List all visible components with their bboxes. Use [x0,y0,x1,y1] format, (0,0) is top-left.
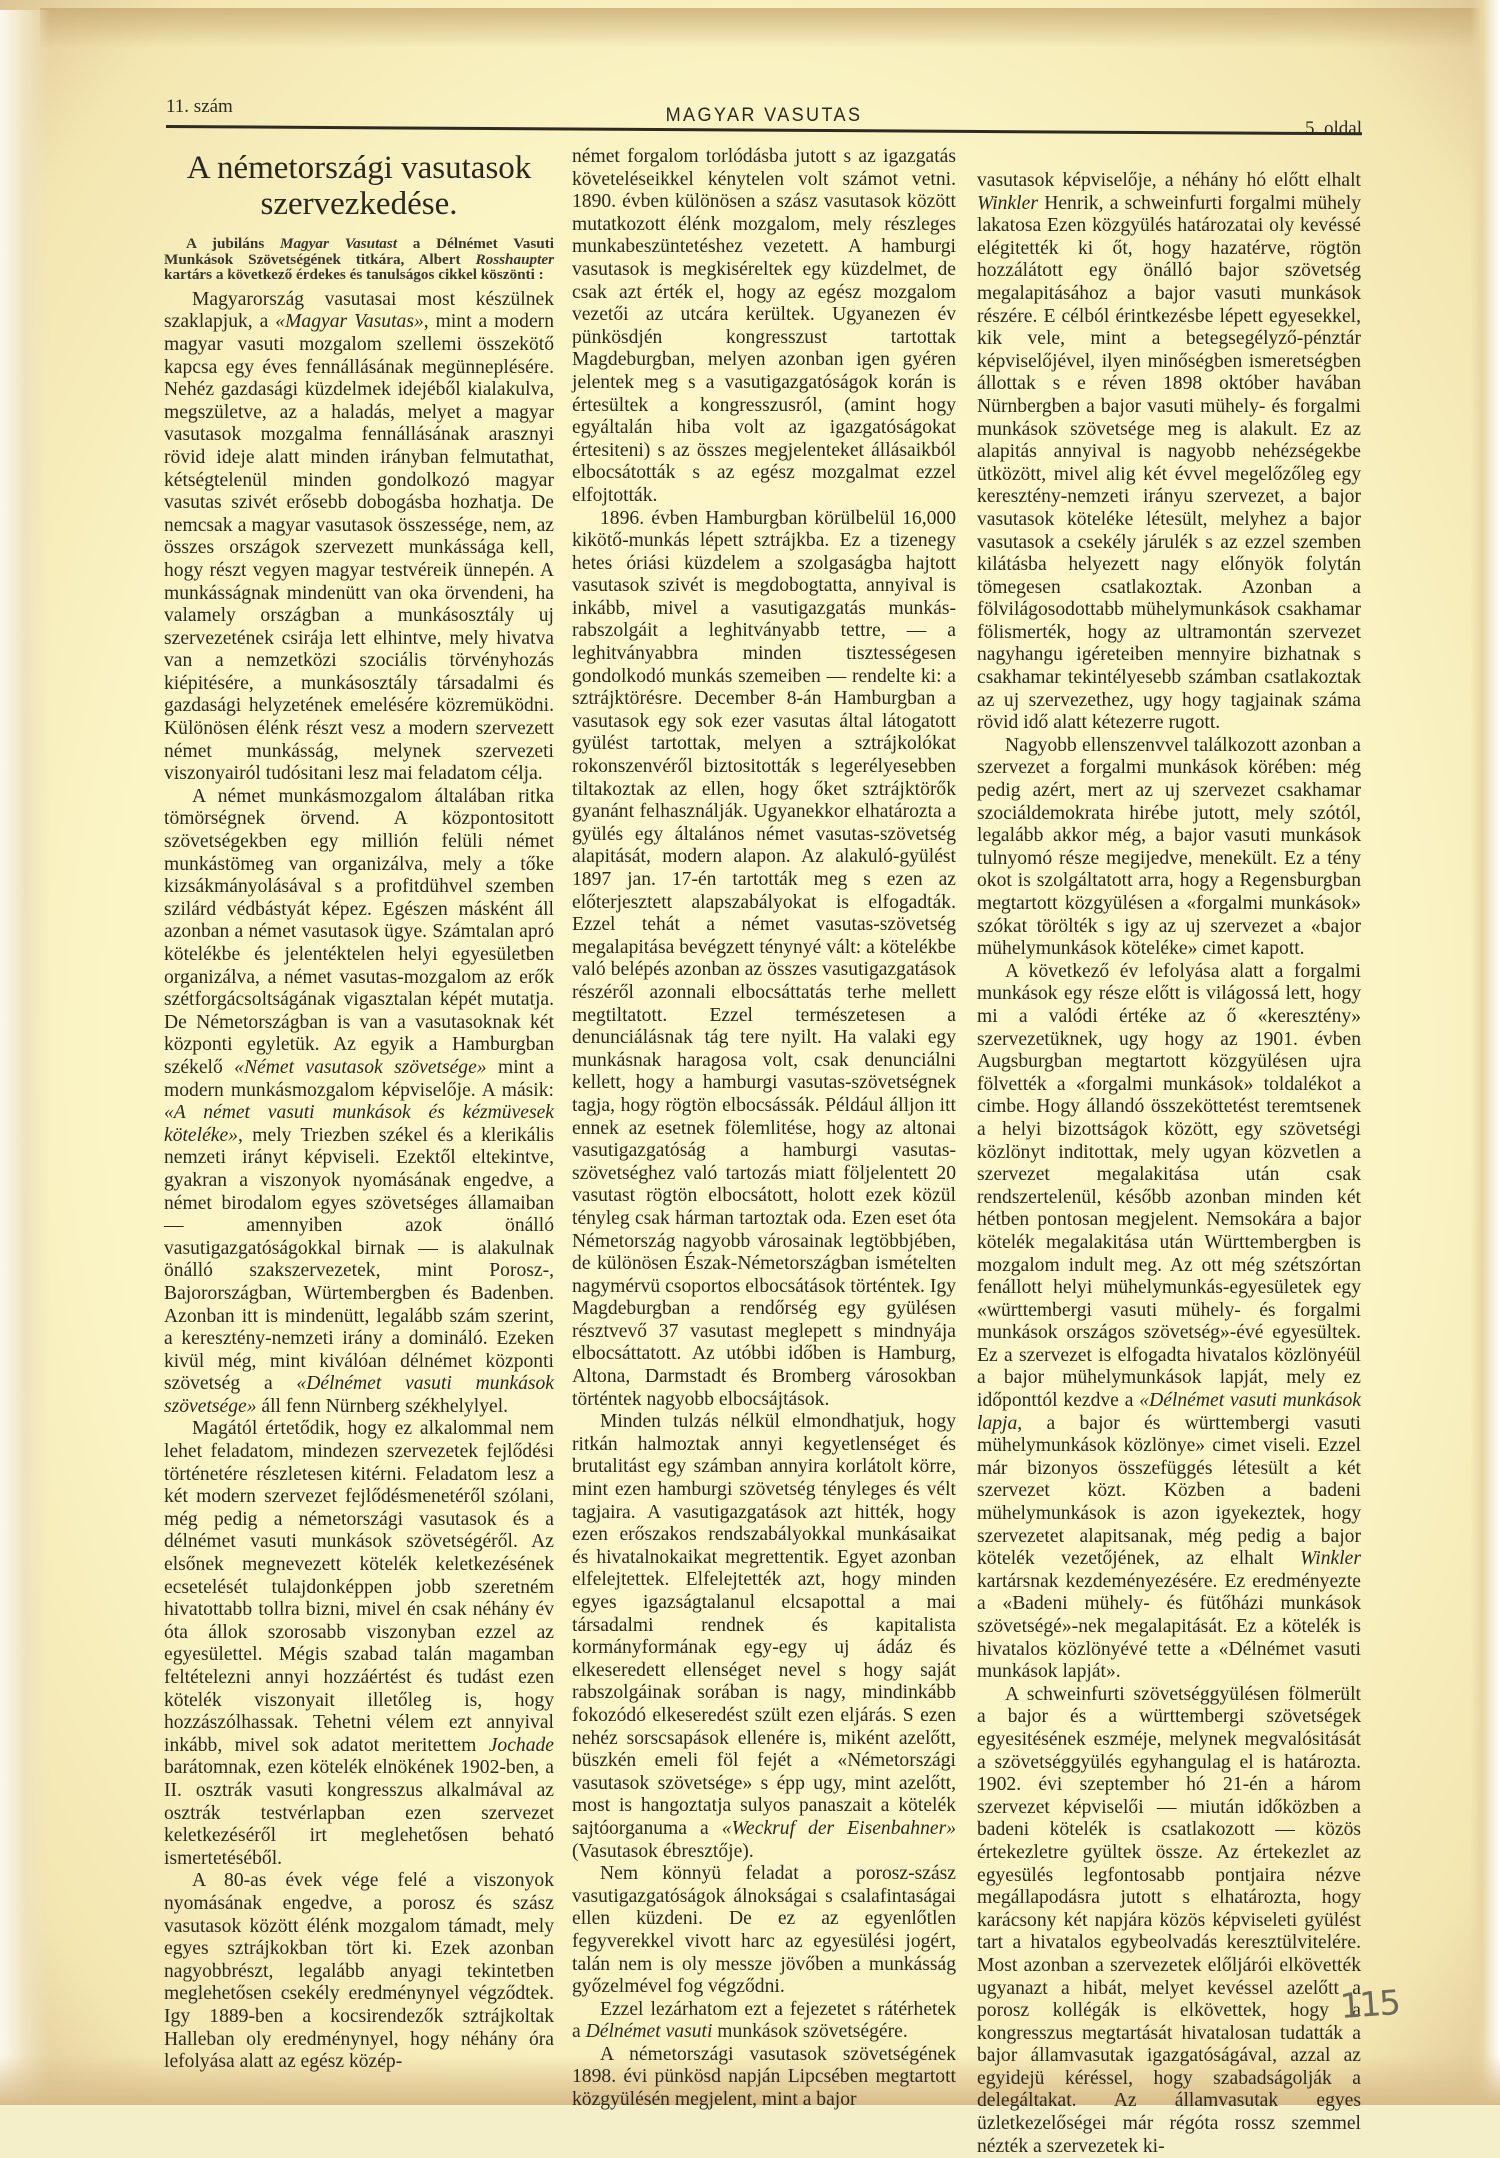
text-run: 1896. évben Hamburgban körülbelül 16,000… [572,508,956,1410]
paper-edge-left [0,10,50,2105]
text-run: Minden tulzás nélkül elmondhatjuk, hogy … [572,1411,956,1839]
paragraph: német forgalom torlódásba jutott s az ig… [572,146,956,508]
text-run: , mint a modern magyar vasuti mozgalom s… [164,311,554,784]
text-run: A következő év lefolyása alatt a forgalm… [977,961,1361,1411]
text-run: A német munkásmozgalom általában ritka t… [164,786,554,1078]
text-run: vasutasok képviselője, a néhány hó előtt… [977,170,1361,191]
text-run: Henrik, a schweinfurti forgalmi mühely l… [977,193,1361,734]
text-run: Magától értetődik, hogy ez alkalommal ne… [164,1418,554,1755]
italic-run: Winkler [977,193,1038,214]
text-run: A jubiláns [186,235,280,252]
text-run: munkások szövetségére. [712,2021,907,2042]
paragraph: Magától értetődik, hogy ez alkalommal ne… [164,1418,554,1870]
column-3: vasutasok képviselője, a néhány hó előtt… [977,170,1361,2105]
italic-run: Magyar Vasutast [280,235,397,252]
paragraph: Minden tulzás nélkül elmondhatjuk, hogy … [572,1411,956,1863]
text-run: A schweinfurti szövetséggyülésen fölmerü… [977,1684,1361,2105]
newspaper-page: 11. szám MAGYAR VASUTAS 5. oldal A német… [0,0,1500,2105]
italic-run: «Német vasutasok szövetsége» [234,1057,486,1078]
column-3-body: vasutasok képviselője, a néhány hó előtt… [977,170,1361,2105]
paragraph: Ezzel lezárhatom ezt a fejezetet s rátér… [572,1999,956,2044]
newspaper-title: MAGYAR VASUTAS [196,105,1332,127]
column-2: német forgalom torlódásba jutott s az ig… [572,146,956,2105]
italic-run: «Weckruf der Eisenbahner» [722,1818,956,1839]
italic-run: Jochade [489,1735,554,1756]
paragraph: A schweinfurti szövetséggyülésen fölmerü… [977,1684,1361,2105]
paragraph: 1896. évben Hamburgban körülbelül 16,000… [572,508,956,1412]
text-run: német forgalom torlódásba jutott s az ig… [572,146,956,506]
text-run: kartárs a következő érdekes és tanulságo… [164,266,544,283]
paragraph: A 80-as évek vége felé a viszonyok nyomá… [164,1870,554,2073]
article-title-line-1: A németországi vasutasok [187,150,532,186]
italic-run: Rosshaupter [476,251,555,268]
text-run: A 80-as évek vége felé a viszonyok nyomá… [164,1870,554,2072]
article-title-line-2: szervezkedése. [261,186,458,222]
text-run: barátomnak, ezen kötelék elnökének 1902-… [164,1757,554,1868]
article-intro: A jubiláns Magyar Vasutast a Délnémet Va… [164,236,554,283]
paragraph: A német munkásmozgalom általában ritka t… [164,786,554,1419]
text-run: kartársnak kezdeményezésére. Ez eredmény… [977,1571,1361,1682]
handwritten-archive-number: 115 [1339,1983,1401,2027]
paragraph: vasutasok képviselője, a néhány hó előtt… [977,170,1361,735]
paper-stain-top [40,8,1480,48]
column-1-body: Magyarország vasutasai most készülnek sz… [164,289,554,2074]
paragraph: Nem könnyü feladat a porosz-szász vasuti… [572,1863,956,1999]
italic-run: Délnémet vasuti [586,2021,713,2042]
italic-run: Winkler [1300,1548,1361,1569]
column-1: A németországi vasutasok szervezkedése. … [164,150,554,2074]
paper-edge-right [1470,0,1500,2105]
text-run: Nem könnyü feladat a porosz-szász vasuti… [572,1863,956,1997]
text-run: , a bajor és württembergi vasuti mühelym… [977,1413,1361,1570]
article-title: A németországi vasutasok szervezkedése. [164,150,554,222]
page-number: 5. oldal [1305,118,1362,140]
paragraph: Magyarország vasutasai most készülnek sz… [164,289,554,786]
paragraph: Nagyobb ellenszenvvel találkozott azonba… [977,735,1361,961]
column-2-body: német forgalom torlódásba jutott s az ig… [572,146,956,2105]
paragraph: A következő év lefolyása alatt a forgalm… [977,961,1361,1684]
italic-run: «Magyar Vasutas» [275,311,423,332]
text-run: A németországi vasutasok szövetségének 1… [572,2044,956,2105]
text-run: (Vasutasok ébresztője). [572,1841,754,1862]
paragraph: A németországi vasutasok szövetségének 1… [572,2044,956,2105]
text-run: áll fenn Nürnberg székhelylyel. [257,1396,509,1417]
text-run: , mely Triezben székel és a klerikális n… [164,1125,554,1395]
text-run: Nagyobb ellenszenvvel találkozott azonba… [977,735,1361,959]
